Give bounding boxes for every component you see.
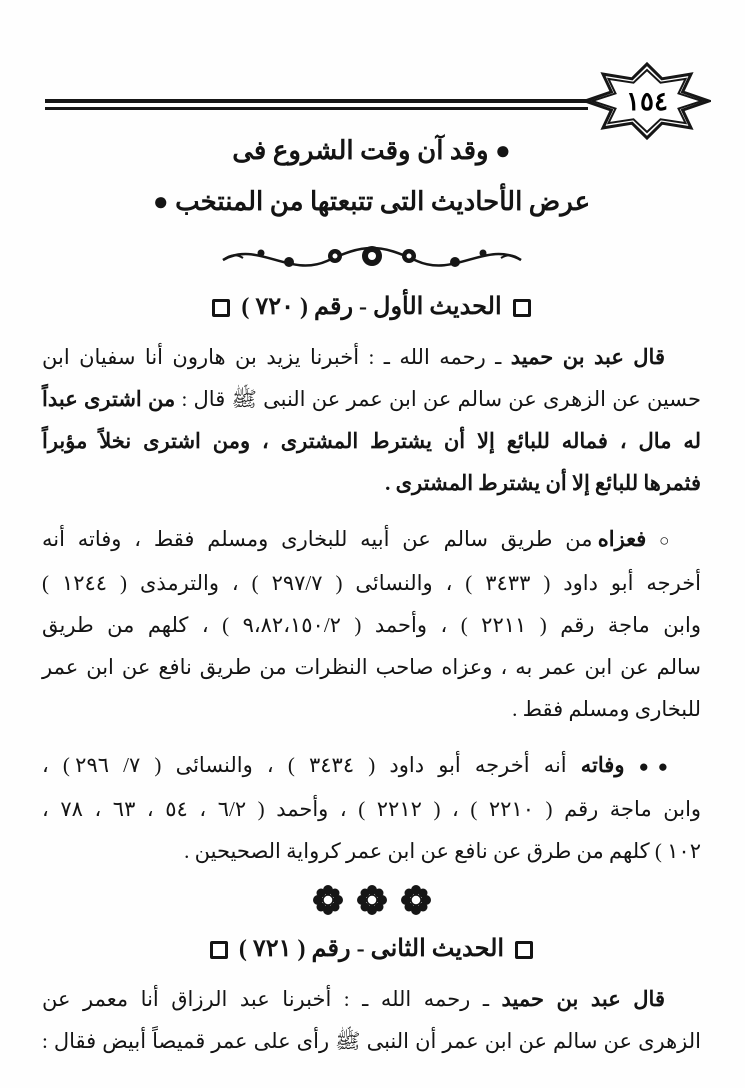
line-text: للبخارى ومسلم فقط .	[512, 697, 701, 721]
hadith-text: فثمرها للبائع إلا أن يشترط المشترى .	[385, 471, 701, 495]
narrator-name: قال عبد بن حميد	[511, 345, 665, 369]
text-line: وابن ماجة رقم ( ٢٢١٠ ) ، ( ٢٢١٢ ) ، وأحم…	[42, 788, 701, 830]
circle-marker-icon: ○	[659, 531, 677, 550]
rosette-icon	[312, 884, 344, 916]
takhrij-paragraph-1: ○ فعزاه من طريق سالم عن أبيه للبخارى ومس…	[42, 518, 701, 730]
text-line: ●● وفاته أنه أخرجه أبو داود ( ٣٤٣٤ ) ، و…	[42, 744, 701, 788]
text-line: فثمرها للبائع إلا أن يشترط المشترى .	[42, 462, 701, 504]
line-text: من طريق سالم عن أبيه للبخارى ومسلم فقط ،…	[42, 527, 598, 551]
square-icon	[210, 941, 228, 959]
header-rule	[45, 99, 588, 110]
text-line: قال عبد بن حميد ـ رحمه الله ـ : أخبرنا ي…	[42, 336, 701, 378]
text-line: أخرجه أبو داود ( ٣٤٣٣ ) ، والنسائى ( ٢٩٧…	[42, 562, 701, 604]
section-title-line1: ● وقد آن وقت الشروع فى	[42, 134, 701, 168]
line-text: سالم عن ابن عمر به ، وعزاه صاحب النظرات …	[42, 655, 701, 679]
line-text: ١٠٢ ) كلهم من طرق عن نافع عن ابن عمر كرو…	[184, 839, 701, 863]
line-text: حسين عن الزهرى عن سالم عن ابن عمر عن الن…	[175, 387, 701, 411]
page-number: ١٥٤	[626, 87, 668, 116]
section-separator	[42, 884, 701, 920]
hadith2-isnad-paragraph: قال عبد بن حميد ـ رحمه الله ـ : أخبرنا ع…	[42, 978, 701, 1062]
rosette-icon	[356, 884, 388, 916]
narrator-name: قال عبد بن حميد	[502, 987, 665, 1011]
rosette-icon	[400, 884, 432, 916]
hadith-text: من اشترى عبداً	[42, 387, 175, 411]
text-line: وابن ماجة رقم ( ٢٢١١ ) ، وأحمد ( ٩،٨٢،١٥…	[42, 604, 701, 646]
line-text: الزهرى عن سالم عن ابن عمر أن النبى ﷺ رأى…	[42, 1029, 701, 1053]
hadith-text: له مال ، فماله للبائع إلا أن يشترط المشت…	[42, 429, 701, 453]
text-line: له مال ، فماله للبائع إلا أن يشترط المشت…	[42, 420, 701, 462]
square-icon	[513, 299, 531, 317]
hadith2-heading-text: الحديث الثانى - رقم ( ٧٢١ )	[239, 936, 504, 962]
text-line: حسين عن الزهرى عن سالم عن ابن عمر عن الن…	[42, 378, 701, 420]
book-page: ١٥٤ ● وقد آن وقت الشروع فى عرض الأحاديث …	[0, 0, 745, 1088]
double-dot-marker-icon: ●●	[639, 757, 677, 776]
line-text: وابن ماجة رقم ( ٢٢١١ ) ، وأحمد ( ٩،٨٢،١٥…	[42, 613, 701, 637]
text-line: قال عبد بن حميد ـ رحمه الله ـ : أخبرنا ع…	[42, 978, 701, 1020]
hadith1-heading-text: الحديث الأول - رقم ( ٧٢٠ )	[241, 294, 501, 320]
text-line: ○ فعزاه من طريق سالم عن أبيه للبخارى ومس…	[42, 518, 701, 562]
text-line: الزهرى عن سالم عن ابن عمر أن النبى ﷺ رأى…	[42, 1020, 701, 1062]
text-line: ١٠٢ ) كلهم من طرق عن نافع عن ابن عمر كرو…	[42, 830, 701, 872]
lead-word: فعزاه	[598, 527, 647, 551]
line-text: أنه أخرجه أبو داود ( ٣٤٣٤ ) ، والنسائى (…	[42, 753, 581, 777]
line-text: أخرجه أبو داود ( ٣٤٣٣ ) ، والنسائى ( ٢٩٧…	[42, 571, 701, 595]
page-content: ● وقد آن وقت الشروع فى عرض الأحاديث التى…	[42, 126, 701, 1062]
section-title-line2: عرض الأحاديث التى تتبعتها من المنتخب ●	[42, 185, 701, 219]
takhrij-paragraph-2: ●● وفاته أنه أخرجه أبو داود ( ٣٤٣٤ ) ، و…	[42, 744, 701, 872]
hadith1-heading: الحديث الأول - رقم ( ٧٢٠ )	[42, 288, 701, 326]
text-line: سالم عن ابن عمر به ، وعزاه صاحب النظرات …	[42, 646, 701, 688]
floral-divider-icon	[217, 236, 527, 278]
lead-word: وفاته	[581, 753, 625, 777]
text-line: للبخارى ومسلم فقط .	[42, 688, 701, 730]
hadith1-isnad-paragraph: قال عبد بن حميد ـ رحمه الله ـ : أخبرنا ي…	[42, 336, 701, 504]
section-title: ● وقد آن وقت الشروع فى عرض الأحاديث التى…	[42, 134, 701, 219]
line-text: ـ رحمه الله ـ : أخبرنا يزيد بن هارون أنا…	[42, 345, 511, 369]
square-icon	[515, 941, 533, 959]
line-text: وابن ماجة رقم ( ٢٢١٠ ) ، ( ٢٢١٢ ) ، وأحم…	[42, 797, 701, 821]
square-icon	[212, 299, 230, 317]
hadith2-heading: الحديث الثانى - رقم ( ٧٢١ )	[42, 930, 701, 968]
line-text: ـ رحمه الله ـ : أخبرنا عبد الرزاق أنا مع…	[42, 987, 502, 1011]
